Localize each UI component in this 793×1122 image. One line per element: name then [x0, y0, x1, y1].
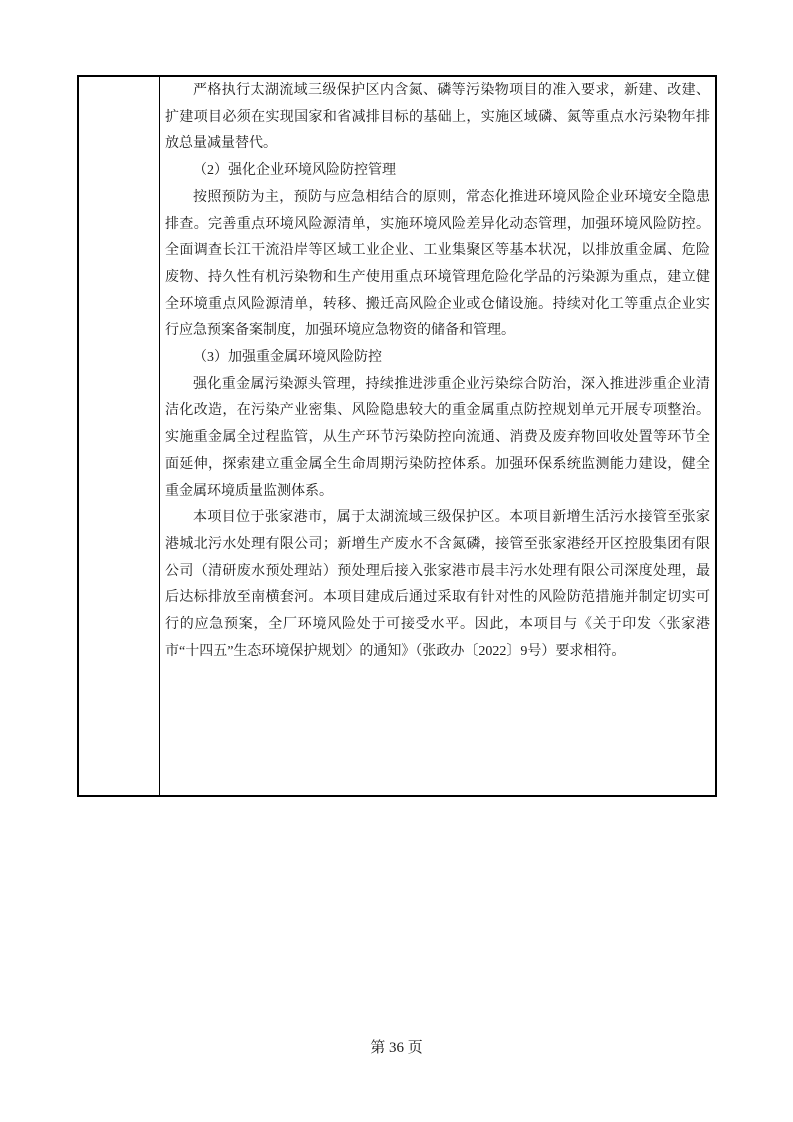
content-table: 严格执行太湖流域三级保护区内含氮、磷等污染物项目的准入要求，新建、改建、扩建项目… [77, 75, 717, 797]
paragraph-project-conclusion: 本项目位于张家港市，属于太湖流域三级保护区。本项目新增生活污水接管至张家港城北污… [165, 505, 710, 665]
page-number: 第 36 页 [0, 1036, 793, 1057]
document-page: 严格执行太湖流域三级保护区内含氮、磷等污染物项目的准入要求，新建、改建、扩建项目… [0, 0, 793, 1122]
paragraph-prevention-principle: 按照预防为主，预防与应急相结合的原则，常态化推进环境风险企业环境安全隐患排查。完… [165, 185, 710, 345]
paragraph-pollutant-entry-requirements: 严格执行太湖流域三级保护区内含氮、磷等污染物项目的准入要求，新建、改建、扩建项目… [165, 78, 710, 158]
paragraph-heavy-metal-management: 强化重金属污染源头管理，持续推进涉重企业污染综合防治，深入推进涉重企业清洁化改造… [165, 372, 710, 506]
table-left-cell [79, 77, 160, 795]
heading-heavy-metal-risk-control: （3）加强重金属环境风险防控 [165, 345, 710, 372]
heading-enterprise-risk-control: （2）强化企业环境风险防控管理 [165, 158, 710, 185]
table-content-cell: 严格执行太湖流域三级保护区内含氮、磷等污染物项目的准入要求，新建、改建、扩建项目… [160, 77, 715, 795]
